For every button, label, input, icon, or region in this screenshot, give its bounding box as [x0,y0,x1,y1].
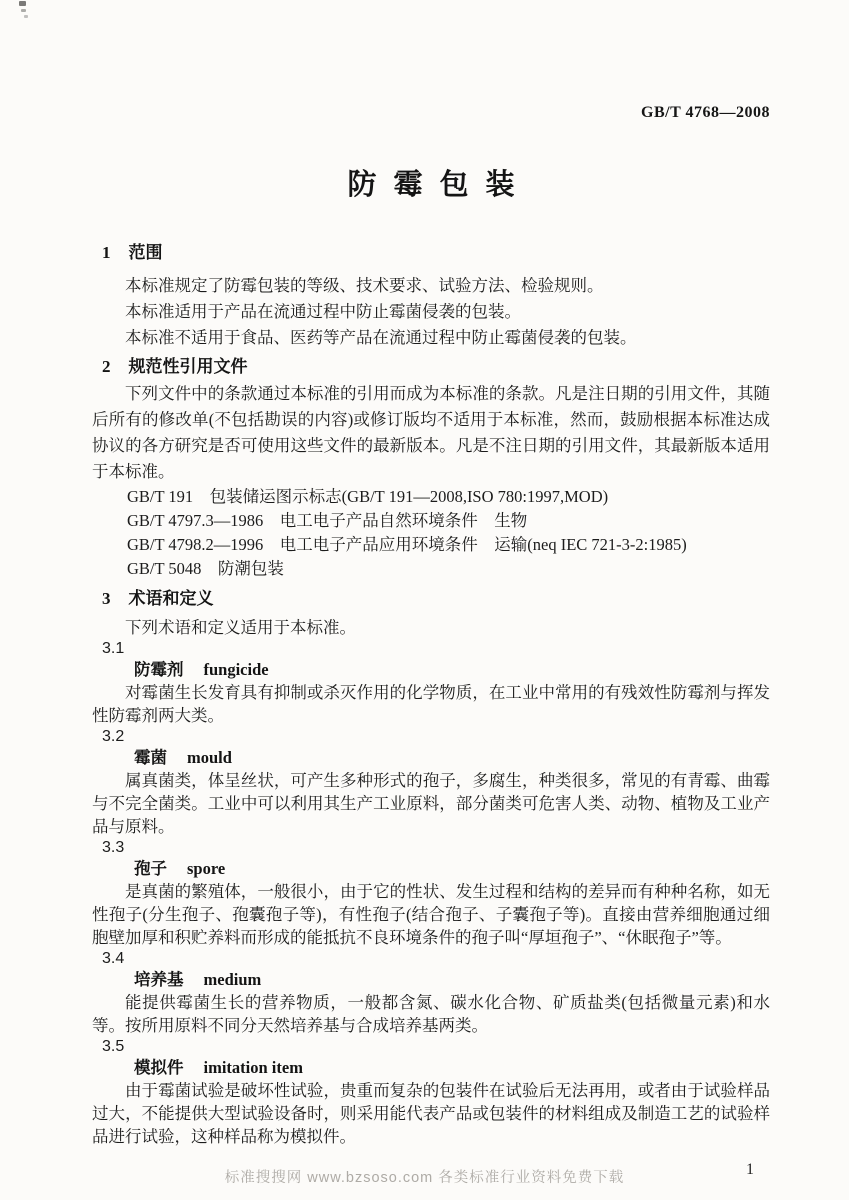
term-title: 霉菌mould [92,747,770,769]
normative-references: GB/T 191 包装储运图示标志(GB/T 191—2008,ISO 780:… [92,485,770,581]
section-number: 3 [102,589,111,608]
term-number: 3.3 [92,838,770,858]
terms-intro: 下列术语和定义适用于本标准。 [92,617,770,639]
term-title: 培养基medium [92,969,770,991]
term-definition: 由于霉菌试验是破坏性试验，贵重而复杂的包装件在试验后无法再用，或者由于试验样品过… [92,1079,770,1148]
scan-artifact [21,9,26,12]
term-block-3-5: 3.5 模拟件imitation item 由于霉菌试验是破坏性试验，贵重而复杂… [92,1037,770,1148]
term-definition: 对霉菌生长发育具有抑制或杀灭作用的化学物质，在工业中常用的有残效性防霉剂与挥发性… [92,681,770,727]
reference-entry: GB/T 5048 防潮包装 [92,557,770,581]
term-zh: 防霉剂 [134,660,184,679]
section-title: 规范性引用文件 [129,357,248,376]
term-number: 3.1 [92,639,770,659]
section-number: 1 [102,243,111,262]
term-en: mould [187,748,232,767]
term-block-3-3: 3.3 孢子spore 是真菌的繁殖体，一般很小，由于它的性状、发生过程和结构的… [92,838,770,949]
reference-entry: GB/T 191 包装储运图示标志(GB/T 191—2008,ISO 780:… [92,485,770,509]
scan-artifact [19,1,26,6]
paragraph: 本标准适用于产品在流通过程中防止霉菌侵袭的包装。 [92,299,770,325]
section-title: 术语和定义 [129,589,214,608]
scanned-document-page: GB/T 4768—2008 防霉包装 1范围 本标准规定了防霉包装的等级、技术… [0,0,849,1200]
document-content: GB/T 4768—2008 防霉包装 1范围 本标准规定了防霉包装的等级、技术… [92,0,770,1180]
term-zh: 培养基 [134,970,184,989]
term-zh: 霉菌 [134,748,167,767]
term-en: imitation item [204,1058,303,1077]
term-zh: 孢子 [134,859,167,878]
term-en: spore [187,859,225,878]
reference-entry: GB/T 4798.2—1996 电工电子产品应用环境条件 运输(neq IEC… [92,533,770,557]
section-1-body: 本标准规定了防霉包装的等级、技术要求、试验方法、检验规则。 本标准适用于产品在流… [92,273,770,351]
term-title: 模拟件imitation item [92,1057,770,1079]
reference-entry: GB/T 4797.3—1986 电工电子产品自然环境条件 生物 [92,509,770,533]
scan-artifact [24,15,28,18]
section-2-heading: 2规范性引用文件 [92,355,770,379]
term-title: 防霉剂fungicide [92,659,770,681]
term-number: 3.2 [92,727,770,747]
term-title: 孢子spore [92,858,770,880]
term-zh: 模拟件 [134,1058,184,1077]
term-definition: 能提供霉菌生长的营养物质，一般都含氮、碳水化合物、矿质盐类(包括微量元素)和水等… [92,991,770,1037]
standard-number: GB/T 4768—2008 [92,103,770,123]
term-block-3-2: 3.2 霉菌mould 属真菌类，体呈丝状，可产生多种形式的孢子，多腐生，种类很… [92,727,770,838]
paragraph: 下列文件中的条款通过本标准的引用而成为本标准的条款。凡是注日期的引用文件，其随后… [92,381,770,485]
section-number: 2 [102,357,111,376]
section-1-heading: 1范围 [92,241,770,265]
term-definition: 属真菌类，体呈丝状，可产生多种形式的孢子，多腐生，种类很多，常见的有青霉、曲霉与… [92,769,770,838]
term-number: 3.5 [92,1037,770,1057]
term-definition: 是真菌的繁殖体，一般很小，由于它的性状、发生过程和结构的差异而有种种名称，如无性… [92,880,770,949]
term-block-3-1: 3.1 防霉剂fungicide 对霉菌生长发育具有抑制或杀灭作用的化学物质，在… [92,639,770,727]
paragraph: 本标准不适用于食品、医药等产品在流通过程中防止霉菌侵袭的包装。 [92,325,770,351]
term-number: 3.4 [92,949,770,969]
term-en: medium [204,970,262,989]
term-en: fungicide [204,660,269,679]
watermark-footer: 标准搜搜网 www.bzsoso.com 各类标准行业资料免费下载 [0,1166,849,1187]
section-3-heading: 3术语和定义 [92,587,770,611]
document-title: 防霉包装 [92,167,770,203]
section-title: 范围 [129,243,163,262]
paragraph: 本标准规定了防霉包装的等级、技术要求、试验方法、检验规则。 [92,273,770,299]
term-block-3-4: 3.4 培养基medium 能提供霉菌生长的营养物质，一般都含氮、碳水化合物、矿… [92,949,770,1037]
